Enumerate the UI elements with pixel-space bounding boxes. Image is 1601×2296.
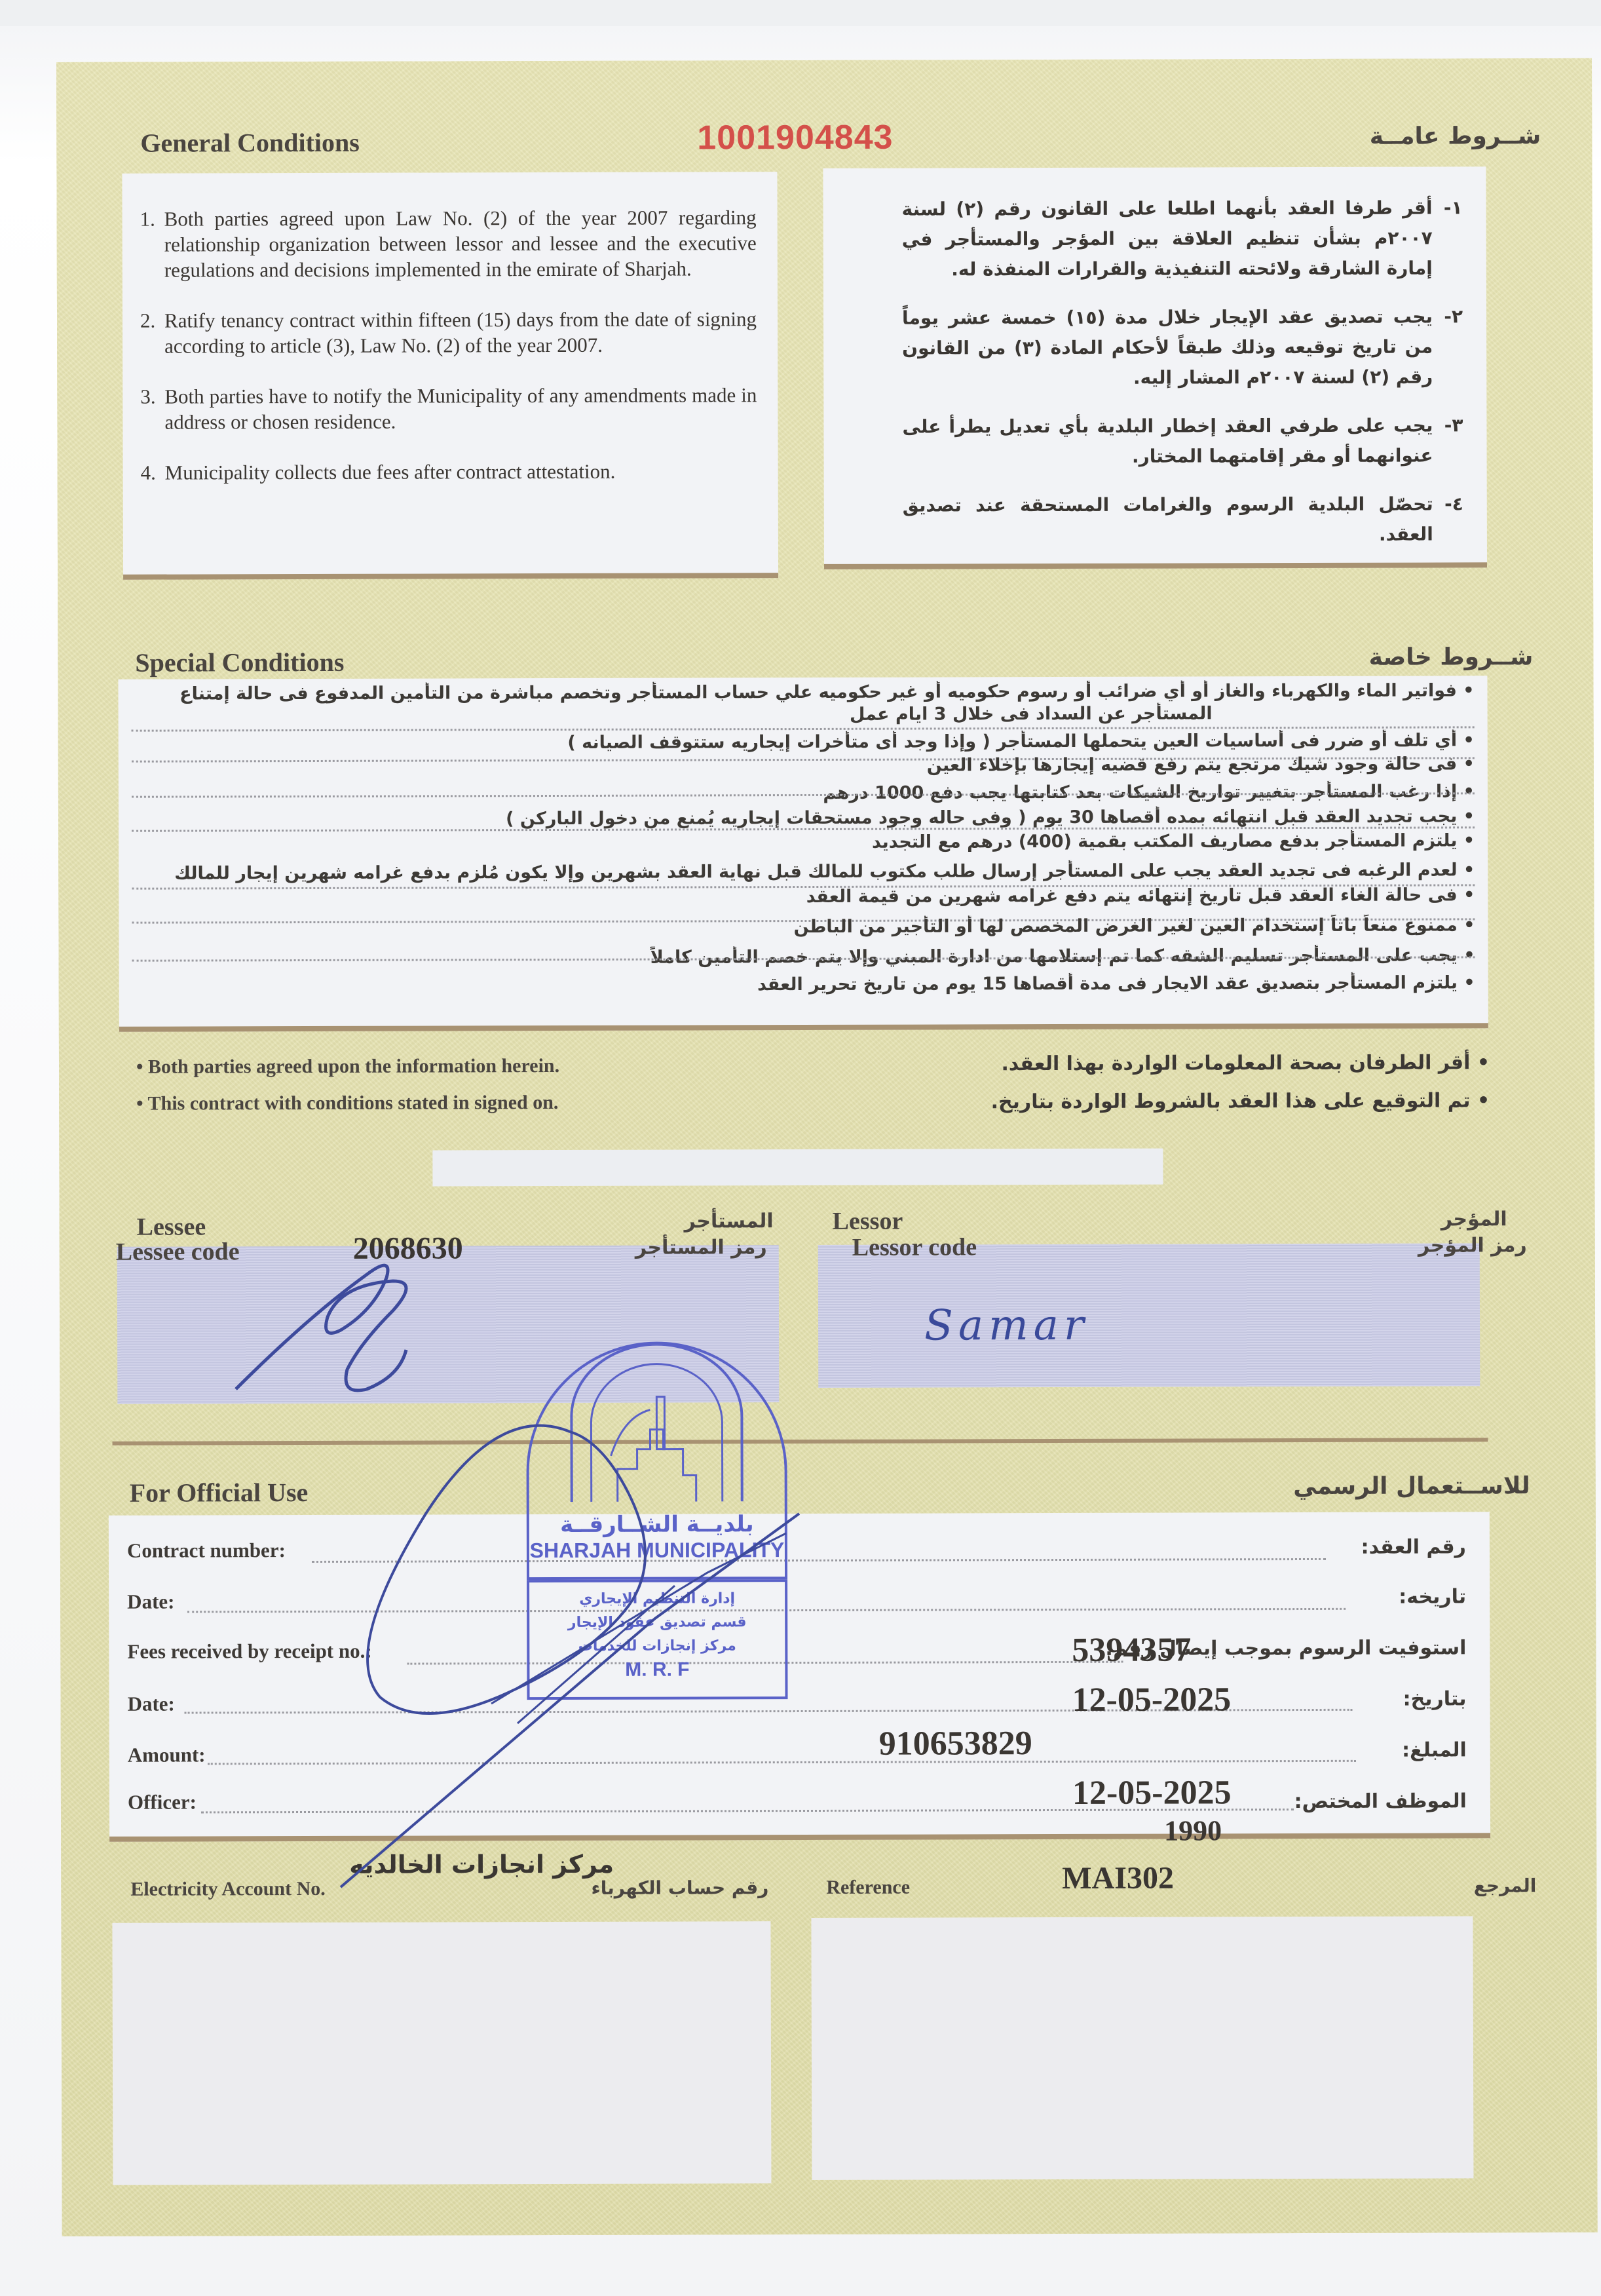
reference-box[interactable] bbox=[811, 1916, 1473, 2180]
general-condition-en-2: Ratify tenancy contract within fifteen (… bbox=[160, 306, 757, 358]
lessor-signature: Samar bbox=[924, 1301, 1089, 1350]
arch-mosque-icon bbox=[532, 1344, 782, 1508]
special-condition-line: • ممنوع منعاً باتاً إستخدام العين لغير ا… bbox=[132, 914, 1475, 940]
contract-number-label-ar: رقم العقد: bbox=[1361, 1535, 1466, 1558]
special-conditions-box: • فواتير الماء والكهرباء والغاز أو أي ضر… bbox=[118, 676, 1488, 1031]
fees-receipt-label: Fees received by receipt no.: bbox=[127, 1639, 371, 1664]
lessor-signature-panel[interactable] bbox=[818, 1243, 1480, 1388]
reference-label-en: Reference bbox=[826, 1877, 910, 1899]
electricity-account-value: مركز انجازات الخالديه bbox=[349, 1850, 614, 1879]
general-condition-ar-1: ١- أقر طرفا العقد بأنهما اطلعا على القان… bbox=[902, 193, 1463, 284]
agreement-ar-2: • تم التوقيع على هذا العقد بالشروط الوار… bbox=[991, 1089, 1490, 1113]
date-label: Date: bbox=[127, 1590, 174, 1614]
contract-number-label: Contract number: bbox=[127, 1539, 286, 1563]
stamp-name-ar: بلديــة الشــارقــة bbox=[529, 1511, 785, 1538]
lessee-code-label-ar: رمز المستأجر bbox=[597, 1234, 767, 1261]
contract-number: 1001904843 bbox=[697, 118, 893, 158]
general-conditions-title-ar: شــروط عامــة bbox=[1370, 123, 1541, 150]
electricity-account-box[interactable] bbox=[112, 1921, 771, 2185]
special-condition-line: • يلتزم المستأجر بدفع مصاريف المكتب بقمي… bbox=[132, 830, 1475, 855]
amount-label: Amount: bbox=[128, 1743, 206, 1767]
general-condition-en-4: Municipality collects due fees after con… bbox=[161, 458, 757, 485]
special-condition-line: • أي تلف أو ضرر فى أساسيات العين يتحملها… bbox=[132, 729, 1475, 755]
special-condition-line: • يلتزم المستأجر بتصديق عقد الايجار فى م… bbox=[132, 972, 1475, 997]
lessor-label-ar: المؤجر bbox=[1337, 1206, 1507, 1233]
receipt-date-value: 12-05-2025 bbox=[1072, 1680, 1231, 1719]
receipt-date-label: Date: bbox=[128, 1693, 175, 1716]
special-condition-line: المستأجر عن السداد فى خلال 3 ايام عمل bbox=[132, 702, 1213, 727]
electricity-account-label-en: Electricity Account No. bbox=[130, 1878, 326, 1901]
officer-label-ar: الموظف المختص: bbox=[1294, 1789, 1467, 1813]
special-condition-line: • فى حالة وجود شيك مرتجع يتم رفع قضيه إي… bbox=[132, 753, 1475, 778]
general-conditions-en-box: Both parties agreed upon Law No. (2) of … bbox=[122, 172, 778, 580]
municipality-stamp-emblem: بلديــة الشــارقــة SHARJAH MUNICIPALITY bbox=[526, 1341, 787, 1580]
fees-receipt-value: 5394357 bbox=[1072, 1630, 1191, 1669]
municipality-stamp-box: إدارة التنظيم الإيجاري قسم تصديق عقود ال… bbox=[527, 1579, 787, 1700]
officer-label: Officer: bbox=[128, 1790, 197, 1814]
electricity-account-label-ar: رقم حساب الكهرباء bbox=[572, 1877, 768, 1899]
general-condition-en-3: Both parties have to notify the Municipa… bbox=[160, 382, 757, 434]
agreement-en-1: • Both parties agreed upon the informati… bbox=[136, 1055, 559, 1079]
agreement-ar-1: • أقر الطرفان بصحة المعلومات الواردة بهذ… bbox=[1001, 1051, 1490, 1075]
amount-label-ar: المبلغ: bbox=[1402, 1738, 1467, 1761]
receipt-date-label-ar: بتاريخ: bbox=[1403, 1687, 1467, 1710]
lessee-label-ar: المستأجر bbox=[603, 1208, 774, 1235]
amount-value: 910653829 bbox=[879, 1724, 1032, 1763]
date-label-ar: تاريخه: bbox=[1399, 1585, 1466, 1608]
official-use-box: Contract number: رقم العقد: Date: تاريخه… bbox=[109, 1512, 1490, 1842]
lessee-code-label-en: Lessee code bbox=[116, 1238, 240, 1265]
general-conditions-title-en: General Conditions bbox=[140, 127, 360, 159]
official-use-title-ar: للاســتعمال الرسمي bbox=[1293, 1472, 1530, 1500]
lessor-code-label-ar: رمز المؤجر bbox=[1337, 1233, 1527, 1259]
lessee-code-value: 2068630 bbox=[353, 1230, 463, 1266]
section-divider bbox=[113, 1438, 1488, 1445]
reference-label-ar: المرجع bbox=[1474, 1875, 1537, 1896]
general-condition-en-1: Both parties agreed upon Law No. (2) of … bbox=[160, 204, 757, 282]
general-condition-ar-4: ٤- تحصّل البلدية الرسوم والغرامات المستح… bbox=[903, 489, 1463, 550]
general-conditions-en-list: Both parties agreed upon Law No. (2) of … bbox=[122, 204, 757, 486]
lessor-code-label-en: Lessor code bbox=[852, 1234, 977, 1260]
special-conditions-title-en: Special Conditions bbox=[135, 647, 344, 678]
tenancy-contract-form: General Conditions 1001904843 شــروط عام… bbox=[56, 58, 1598, 2236]
signing-date-field[interactable] bbox=[432, 1149, 1163, 1187]
agreement-en-2: • This contract with conditions stated i… bbox=[136, 1092, 558, 1115]
special-condition-line: • لعدم الرغبه فى تجديد العقد يجب على الم… bbox=[132, 859, 1475, 885]
lessor-label-en: Lessor bbox=[833, 1208, 903, 1234]
special-condition-line: • فى حالة الغاء العقد قبل تاريخ إنتهائه … bbox=[132, 884, 1475, 909]
stamp-name-en: SHARJAH MUNICIPALITY bbox=[529, 1537, 785, 1563]
dotted-rule bbox=[312, 1558, 1326, 1563]
lessee-label-en: Lessee bbox=[137, 1214, 206, 1240]
special-condition-line: • فواتير الماء والكهرباء والغاز أو أي ضر… bbox=[131, 679, 1474, 705]
general-conditions-ar-box: ١- أقر طرفا العقد بأنهما اطلعا على القان… bbox=[823, 166, 1487, 569]
extra-value: 1990 bbox=[1164, 1814, 1222, 1847]
special-conditions-title-ar: شــروط خاصة bbox=[1369, 643, 1534, 671]
general-condition-ar-2: ٢- يجب تصديق عقد الإيجار خلال مدة (١٥) خ… bbox=[902, 301, 1463, 393]
official-use-title-en: For Official Use bbox=[130, 1477, 309, 1508]
dotted-rule bbox=[208, 1760, 1356, 1765]
officer-value: 12-05-2025 bbox=[1072, 1773, 1232, 1812]
reference-value: MAI302 bbox=[1062, 1860, 1174, 1896]
general-condition-ar-3: ٣- يجب على طرفي العقد إخطار البلدية بأي … bbox=[902, 410, 1463, 472]
